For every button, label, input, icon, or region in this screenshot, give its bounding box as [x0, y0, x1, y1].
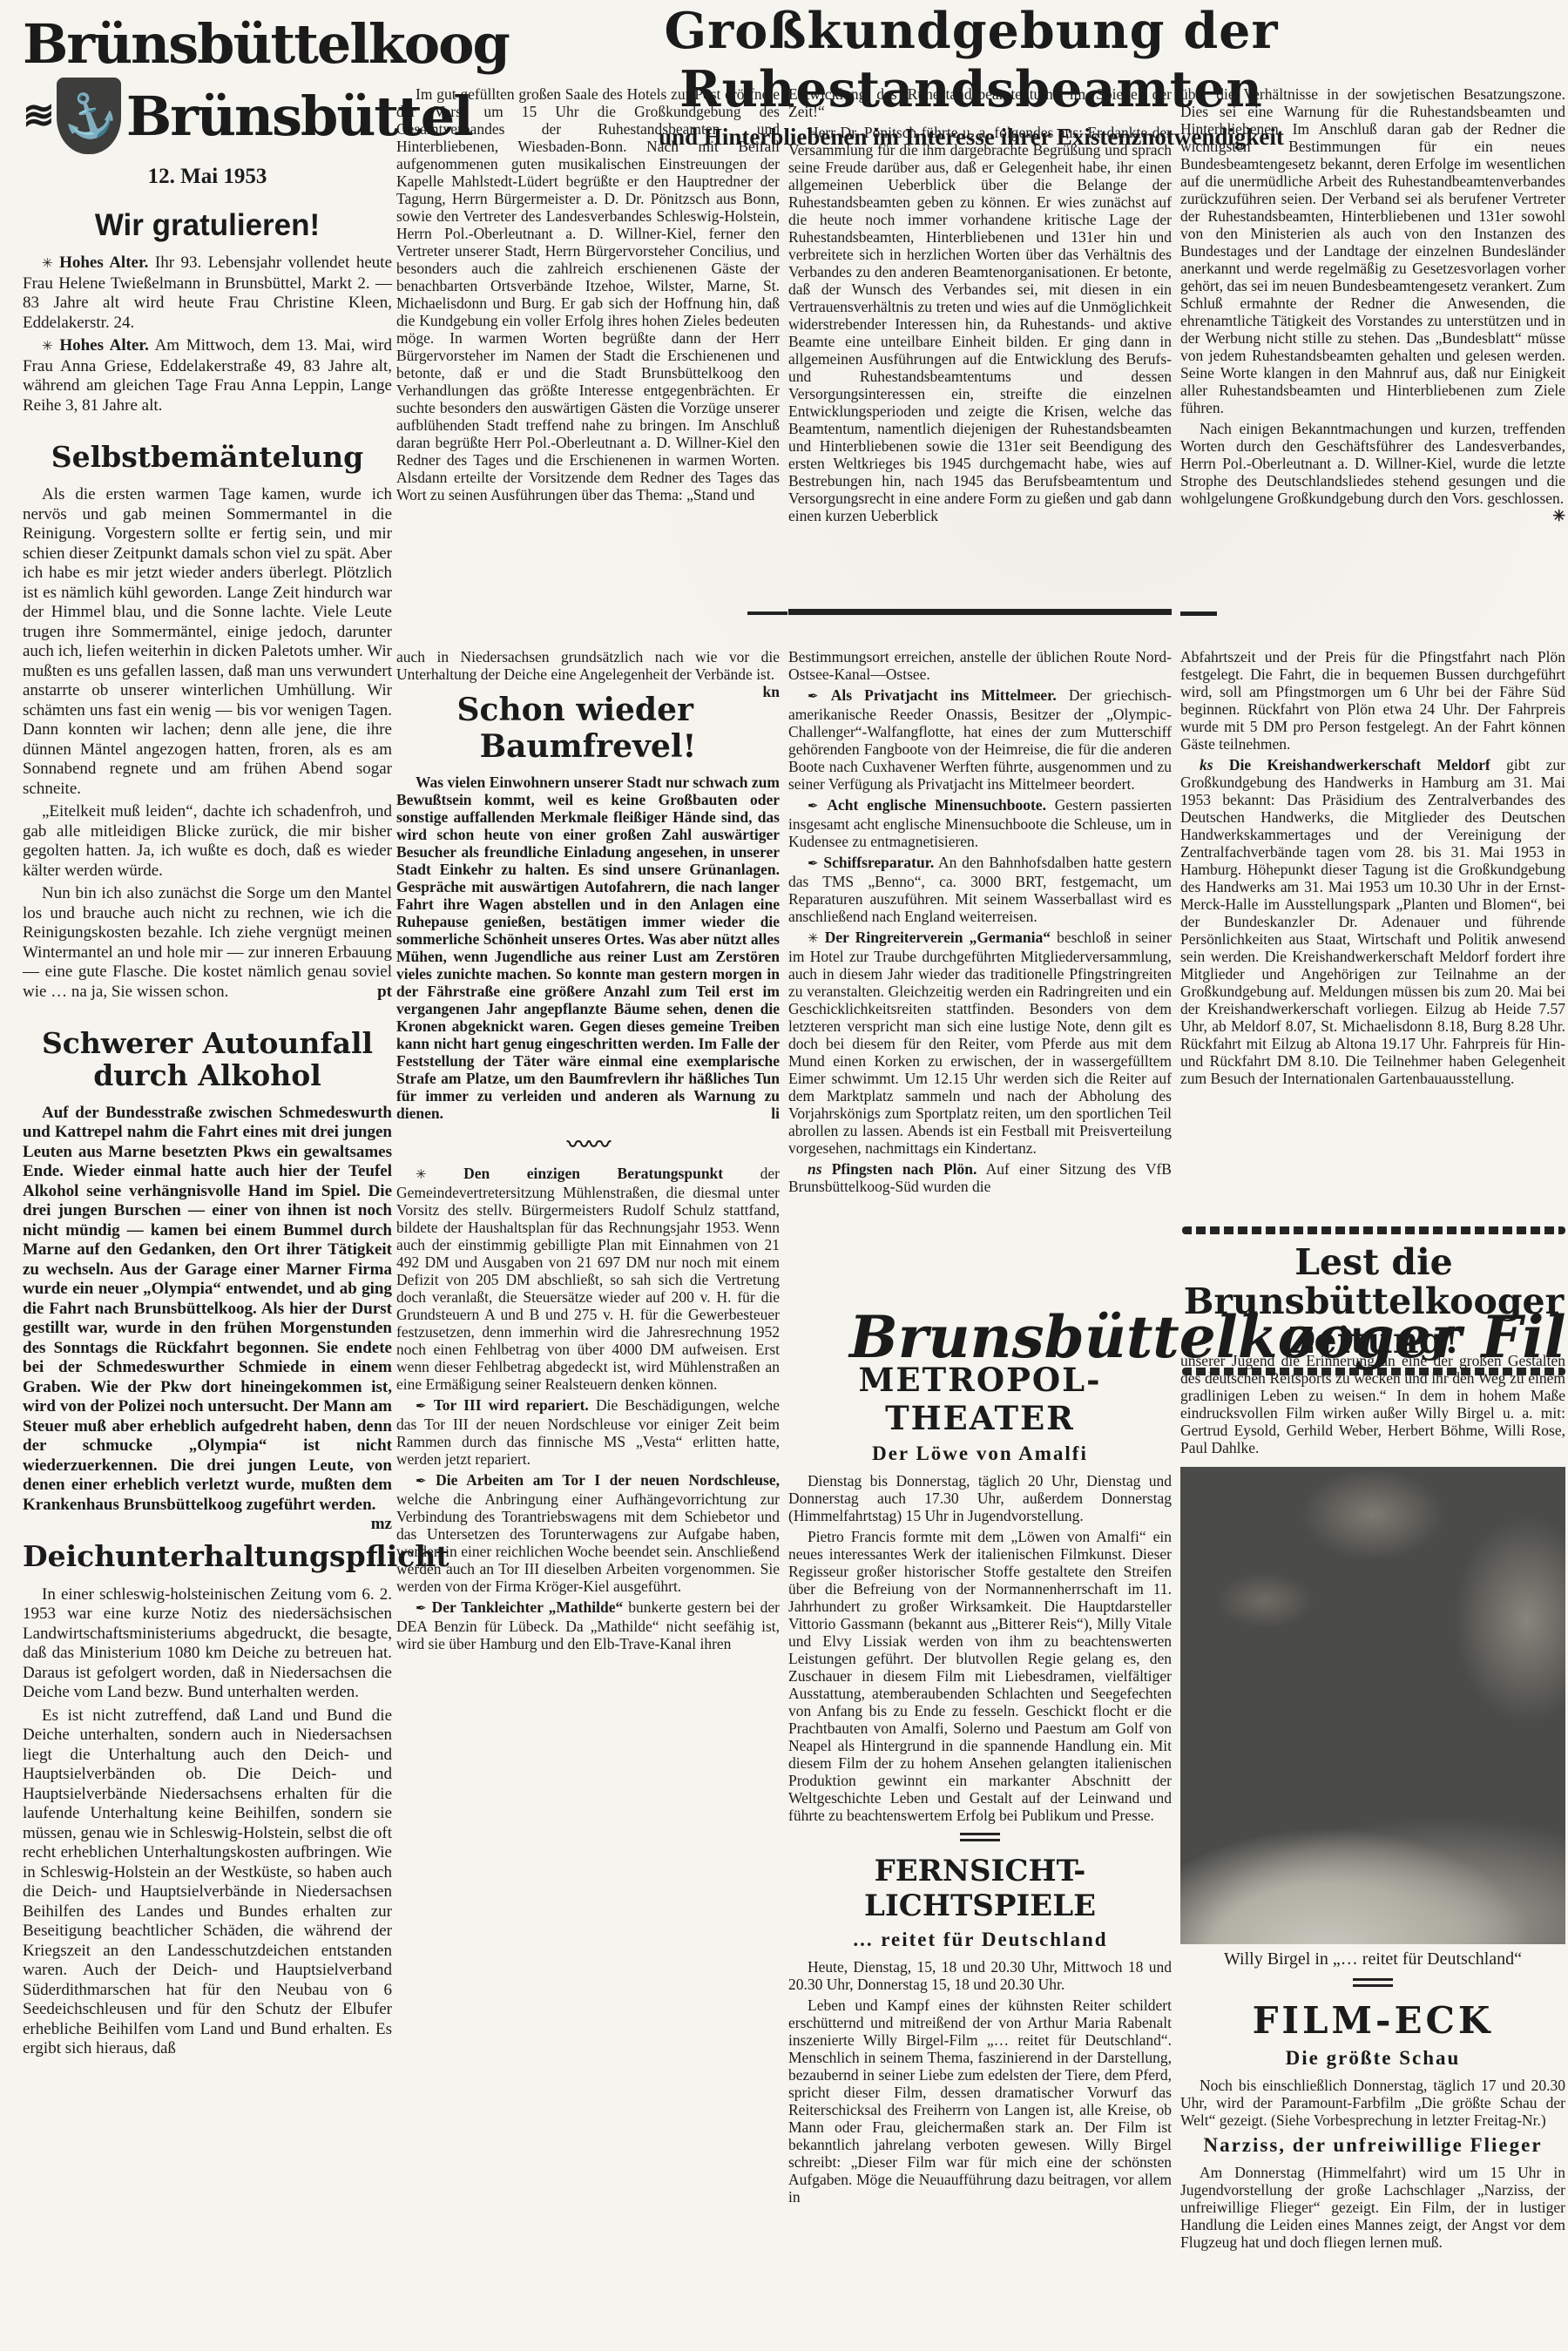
heading-baumfrevel: Schon wieder Baumfrevel!	[396, 692, 780, 765]
film-col-1: METROPOL-THEATER Der Löwe von Amalfi Die…	[788, 1348, 1172, 2209]
news-item: ✒ Der Tankleichter „Mathilde“ bunkerte g…	[396, 1598, 780, 1652]
article-paragraph: Auf der Bundesstraße zwischen Schmedeswu…	[23, 1104, 392, 1516]
pen-icon: ✒	[808, 857, 819, 871]
star-icon: ✳	[42, 340, 53, 354]
photo-willy-birgel	[1180, 1467, 1565, 1944]
heading-selbstbemaentelung: Selbstbemäntelung	[23, 442, 392, 473]
newspaper-page: Brünsbüttelkoog ≋ ⚓ Brünsbüttel 12. Mai …	[0, 0, 1568, 2351]
news-item: ✳ Der Ringreiterverein „Germania“ beschl…	[788, 929, 1172, 1157]
author-initials: kn	[754, 683, 780, 700]
news-item: ✒ Schiffsreparatur. An den Bahnhofsdalbe…	[788, 854, 1172, 925]
main-article-col-1: Im gut gefüllten großen Saale des Hotels…	[396, 85, 780, 507]
star-icon: ✳	[42, 257, 53, 271]
correspondent-initials: ks	[1200, 756, 1213, 774]
mathilde-continuation: Bestimmungsort erreichen, anstelle der ü…	[788, 648, 1172, 683]
film-notice: Noch bis einschließlich Donnerstag, tägl…	[1180, 2077, 1565, 2129]
section-divider-rule	[788, 609, 1172, 615]
cinema-filmeck: FILM-ECK	[1180, 1999, 1565, 2042]
article-paragraph: Entwicklung des Ruhestandsbeamtentums im…	[788, 85, 1172, 120]
film-title: Die größte Schau	[1180, 2047, 1565, 2070]
main-article-col-2: Entwicklung des Ruhestandsbeamtentums im…	[788, 85, 1172, 528]
ribbon-icon: ≋	[23, 97, 55, 135]
film-title: Der Löwe von Amalfi	[788, 1442, 1172, 1465]
author-initials: li	[743, 1105, 780, 1122]
film-notice: Am Donnerstag (Himmelfahrt) wird um 15 U…	[1180, 2164, 1565, 2251]
photo-caption: Willy Birgel in „… reitet für Deutschlan…	[1180, 1949, 1565, 1969]
article-paragraph: Als die ersten warmen Tage kamen, wurde …	[23, 485, 392, 799]
news-item: ✒ Als Privatjacht ins Mittelmeer. Der gr…	[788, 686, 1172, 793]
anchor-icon: ⚓	[57, 87, 122, 145]
news-item: ✒ Die Arbeiten am Tor I der neuen Nordsc…	[396, 1471, 780, 1595]
pen-icon: ✒	[808, 690, 819, 704]
double-rule-separator	[1353, 1978, 1393, 1987]
cinema-metropol: METROPOL-THEATER	[788, 1361, 1172, 1437]
deich-article-continuation: auch in Niedersachsen grundsätzlich nach…	[396, 648, 780, 683]
squiggle-separator: 〰〰	[396, 1127, 780, 1159]
heading-wir-gratulieren: Wir gratulieren!	[23, 208, 392, 243]
article-paragraph: Nach einigen Bekanntmachungen und kurzen…	[1180, 420, 1565, 507]
town-crest-icon: ⚓	[57, 78, 121, 154]
film-review: Pietro Francis formte mit dem „Löwen von…	[788, 1528, 1172, 1824]
article-paragraph: Es ist nicht zutreffend, daß Land und Bu…	[23, 1706, 392, 2059]
gratulieren-item: ✳ Hohes Alter. Am Mittwoch, dem 13. Mai,…	[23, 336, 392, 415]
author-initials: mz	[343, 1515, 392, 1535]
heading-autounfall: Schwerer Autounfall durch Alkohol	[23, 1028, 392, 1091]
double-rule-separator	[960, 1833, 1000, 1841]
column-end-dash	[1180, 611, 1217, 616]
star-icon: ✳	[808, 932, 819, 946]
left-column: Brünsbüttelkoog ≋ ⚓ Brünsbüttel 12. Mai …	[23, 12, 392, 2063]
article-paragraph: über die Verhältnisse in der sowjetische…	[1180, 85, 1565, 416]
article-paragraph: Nun bin ich also zunächst die Sorge um d…	[23, 884, 392, 1002]
news-item: ✒ Tor III wird repariert. Die Beschädigu…	[396, 1396, 780, 1468]
masthead: Brünsbüttelkoog ≋ ⚓ Brünsbüttel 12. Mai …	[23, 12, 392, 189]
news-item: ✳ Den einzigen Beratungspunkt der Gemein…	[396, 1165, 780, 1393]
news-item: ks Die Kreishandwerkerschaft Meldorf gib…	[1180, 756, 1565, 1087]
issue-date: 12. Mai 1953	[23, 165, 392, 189]
article-paragraph: „Eitelkeit muß leiden“, dachte ich schad…	[23, 802, 392, 881]
correspondent-initials: ns	[808, 1160, 822, 1178]
article-paragraph: Was vielen Einwohnern unserer Stadt nur …	[396, 774, 780, 1122]
article-paragraph: Herr Dr. Pönitsch führte u. a. folgendes…	[788, 124, 1172, 524]
cinema-fernsicht: FERNSICHT-LICHTSPIELE	[788, 1854, 1172, 1923]
pen-icon: ✒	[416, 1602, 427, 1616]
local-news-col-1: auch in Niedersachsen grundsätzlich nach…	[396, 648, 780, 1656]
article-paragraph: Im gut gefüllten großen Saale des Hotels…	[396, 85, 780, 503]
star-icon: ✳	[416, 1168, 427, 1182]
showtimes: Dienstag bis Donnerstag, täglich 20 Uhr,…	[788, 1472, 1172, 1524]
masthead-title-line1: Brünsbüttelkoog	[23, 12, 392, 76]
pen-icon: ✒	[416, 1400, 427, 1414]
chain-border-top	[1182, 1226, 1565, 1234]
film-review: Leben und Kampf eines der kühnsten Reite…	[788, 1996, 1172, 2206]
film-title: Narziss, der unfreiwillige Flieger	[1180, 2134, 1565, 2157]
pfingsten-continuation: Abfahrtszeit und der Preis für die Pfing…	[1180, 648, 1565, 753]
heading-deichunterhaltungspflicht: Deichunterhaltungspflicht	[23, 1541, 392, 1572]
film-col-2: unserer Jugend die Erinnerung an eine de…	[1180, 1352, 1565, 2254]
local-news-col-2: Bestimmungsort erreichen, anstelle der ü…	[788, 648, 1172, 1199]
article-paragraph: In einer schleswig-holsteinischen Zeitun…	[23, 1585, 392, 1703]
article-end-mark: ✳	[1524, 507, 1565, 524]
film-title: … reitet für Deutschland	[788, 1929, 1172, 1951]
pen-icon: ✒	[416, 1475, 427, 1489]
news-item: ✒ Acht englische Minensuchboote. Gestern…	[788, 796, 1172, 850]
showtimes: Heute, Dienstag, 15, 18 und 20.30 Uhr, M…	[788, 1958, 1172, 1993]
news-item: ns Pfingsten nach Plön. Auf einer Sitzun…	[788, 1160, 1172, 1195]
film-review-continuation: unserer Jugend die Erinnerung an eine de…	[1180, 1352, 1565, 1456]
column-end-dash	[747, 611, 787, 615]
local-news-col-3: Abfahrtszeit und der Preis für die Pfing…	[1180, 648, 1565, 1091]
author-initials: pt	[349, 983, 392, 1003]
main-article-col-3: über die Verhältnisse in der sowjetische…	[1180, 85, 1565, 524]
pen-icon: ✒	[808, 800, 819, 814]
gratulieren-item: ✳ Hohes Alter. Ihr 93. Lebensjahr vollen…	[23, 253, 392, 333]
